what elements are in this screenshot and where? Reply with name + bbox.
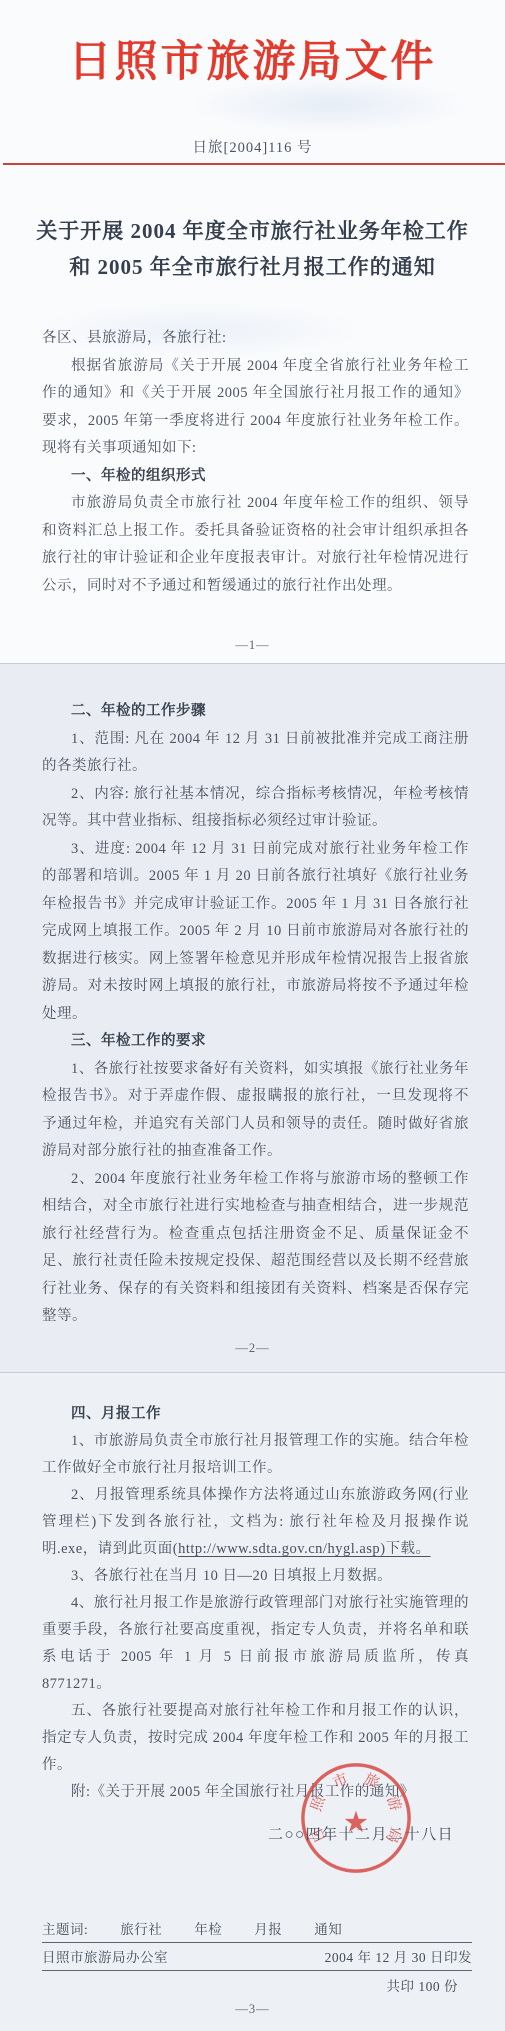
section-1-paragraph: 市旅游局负责全市旅行社 2004 年度年检工作的组织、领导和资料汇总上报工作。委…	[42, 490, 469, 600]
download-url: http://www.sdta.gov.cn/hygl.asp	[178, 1541, 380, 1557]
section-2-item-2: 2、内容: 旅行社基本情况，综合指标考核情况，年检考核情况等。其中营业指标、组接…	[42, 781, 469, 836]
letterhead-red-rule	[3, 163, 505, 165]
section-1-heading: 一、年检的组织形式	[42, 463, 469, 491]
page-1: 日照市旅游局文件 日旅[2004]116 号 关于开展 2004 年度全市旅行社…	[0, 0, 505, 663]
seal-char: 照	[308, 1793, 329, 1813]
section-4-item-4: 4、旅行社月报工作是旅游行政管理部门对旅行社实施管理的重要手段，各旅行社要高度重…	[42, 1590, 469, 1698]
official-seal-icon: ★ 日 照 市 旅 游 局	[297, 1759, 415, 1877]
section-4-item-1: 1、市旅游局负责全市旅行社月报管理工作的实施。结合年检工作做好全市旅行社月报培训…	[42, 1428, 469, 1482]
document-title-line-2: 和 2005 年全市旅行社月报工作的通知	[0, 249, 505, 285]
keyword: 旅行社	[120, 1918, 162, 1938]
page-number-1: —1—	[0, 638, 505, 653]
section-2-item-1: 1、范围: 凡在 2004 年 12 月 31 日前被批准并完成工商注册的各类旅…	[42, 726, 469, 781]
document-title-line-1: 关于开展 2004 年度全市旅行社业务年检工作	[0, 213, 505, 249]
seal-char: 市	[330, 1770, 350, 1792]
document-footer: 主题词: 旅行社 年检 月报 通知 日照市旅游局办公室 2004 年 12 月 …	[42, 1918, 472, 1995]
section-4-item-2: 2、月报管理系统具体操作方法将通过山东旅游政务网(行业管理栏)下发到各旅行社，文…	[42, 1482, 469, 1563]
copies-row: 共印 100 份	[42, 1971, 472, 1995]
section-4-heading: 四、月报工作	[42, 1401, 469, 1428]
subject-keywords-row: 主题词: 旅行社 年检 月报 通知	[42, 1918, 472, 1943]
signature-date: 二○○四年十二月二十八日	[268, 1823, 454, 1844]
section-2-heading: 二、年检的工作步骤	[42, 698, 469, 726]
page-2: 二、年检的工作步骤 1、范围: 凡在 2004 年 12 月 31 日前被批准并…	[0, 663, 505, 1372]
document-number: 日旅[2004]116 号	[0, 136, 505, 157]
section-3-item-1: 1、各旅行社按要求备好有关资料，如实填报《旅行社业务年检报告书》。对于弄虚作假、…	[42, 1056, 469, 1166]
section-4-item-2-tail: )下载。	[380, 1541, 430, 1557]
seal-char: 游	[383, 1794, 404, 1814]
keyword: 月报	[254, 1918, 282, 1938]
scanned-document: 日照市旅游局文件 日旅[2004]116 号 关于开展 2004 年度全市旅行社…	[0, 0, 505, 2031]
section-3-heading: 三、年检工作的要求	[42, 1028, 469, 1056]
keyword: 年检	[194, 1918, 222, 1938]
section-2-item-3: 3、进度: 2004 年 12 月 31 日前完成对旅行社业务年检工作的部署和培…	[42, 836, 469, 1029]
keywords-label: 主题词:	[42, 1918, 88, 1938]
intro-paragraph: 根据省旅游局《关于开展 2004 年度全省旅行社业务年检工作的通知》和《关于开展…	[42, 353, 469, 463]
print-date: 2004 年 12 月 30 日印发	[325, 1946, 472, 1966]
page-3: 四、月报工作 1、市旅游局负责全市旅行社月报管理工作的实施。结合年检工作做好全市…	[0, 1372, 505, 2031]
section-3-item-2: 2、2004 年度旅行社业务年检工作将与旅游市场的整顿工作相结合，对全市旅行社进…	[42, 1166, 469, 1331]
copies-printed: 共印 100 份	[387, 1979, 459, 1994]
issuing-office: 日照市旅游局办公室	[42, 1946, 168, 1966]
salutation: 各区、县旅游局，各旅行社:	[42, 325, 469, 353]
keyword: 通知	[314, 1918, 342, 1938]
page-number-3: —3—	[0, 2002, 505, 2017]
issuing-office-row: 日照市旅游局办公室 2004 年 12 月 30 日印发	[42, 1943, 472, 1971]
agency-letterhead: 日照市旅游局文件	[0, 30, 505, 94]
document-title: 关于开展 2004 年度全市旅行社业务年检工作 和 2005 年全市旅行社月报工…	[0, 213, 505, 285]
page-number-2: —2—	[0, 1341, 505, 1356]
section-4-item-3: 3、各旅行社在当月 10 日—20 日填报上月数据。	[42, 1563, 469, 1590]
seal-char: 旅	[362, 1770, 382, 1792]
